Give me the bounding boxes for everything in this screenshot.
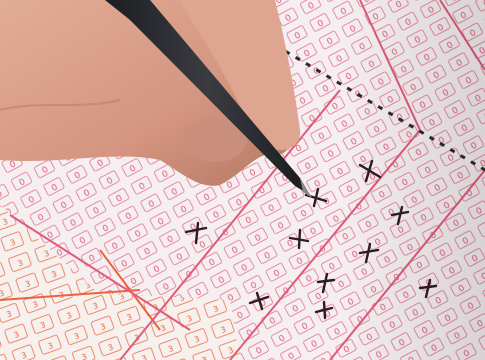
lottery-photo: 0 3	[0, 0, 485, 360]
photo-scene: 0 3	[0, 0, 485, 360]
